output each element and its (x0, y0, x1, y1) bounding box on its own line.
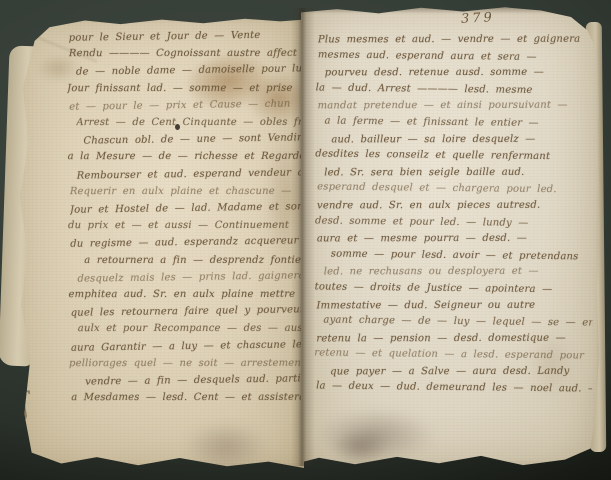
handwriting-line: a la ferme — et finissant le entier — (324, 113, 593, 133)
handwriting-line: aura Garantir — a luy — et chascune leur (71, 336, 305, 357)
handwriting-line: aud. bailleur — sa loire desquelz — (331, 131, 593, 148)
handwriting-line: de — noble dame — damoiselle pour luy et… (76, 61, 303, 82)
smudge (184, 422, 268, 472)
handwriting-line: et — pour le — prix et Cause — chun (69, 95, 303, 116)
handwriting-line: esperand desquel et — chargera pour led. (317, 180, 593, 200)
handwriting-line: Arrest — de Cent Cinquante — obles franc… (76, 114, 303, 131)
signature-flourish: ʃʃ (12, 388, 27, 424)
handwriting-line: pour le Sieur et Jour de — Vente (69, 26, 303, 47)
manuscript-page-left: pour le Sieur et Jour de — VenteRendu ——… (8, 16, 304, 468)
handwriting-line: desquelz mais les — prins lad. gaignera … (77, 267, 304, 288)
handwriting-line: Jour finissant lad. — somme — et prise (67, 80, 303, 97)
handwriting-line: Plus mesmes et aud. — vendre — et gaigne… (318, 32, 594, 49)
handwriting-line: vendre aud. Sr. en aulx pieces autresd. (317, 198, 593, 215)
handwriting-line: pourveu desd. retenue ausd. somme — (325, 65, 594, 82)
handwriting-line: Immestative — dud. Seigneur ou autre (317, 297, 593, 314)
handwriting-line: toutes — droits de Justice — apointera — (315, 279, 593, 299)
handwriting-line: aulx et pour Recompance — des — ausdits (78, 320, 305, 337)
handwriting-line: desd. somme et pour led. — lundy — (315, 213, 593, 233)
handwriting-line: Chascun obl. de — une — sont Vendimalle (83, 130, 303, 150)
handwriting-line: a la Mesure — de — richesse et Regardé — (68, 148, 304, 165)
handwriting-line: a Mesdames — lesd. Cent — et assistera (71, 389, 305, 406)
handwriting-line: vendre — a fin — desquels aud. parties (85, 370, 305, 390)
handwriting-line: mandat pretendue — et ainsi poursuivant … (318, 98, 594, 115)
handwriting-line: la — deux — dud. demeurand les — noel au… (316, 379, 592, 399)
smudge (315, 409, 435, 463)
handwriting-line: du regisme — aud. esperandz acquereur (70, 233, 304, 254)
page-number: 379 (461, 10, 496, 27)
handwriting-block-right: Plus mesmes et aud. — vendre — et gaigne… (316, 31, 594, 398)
handwriting-line: Requerir en aulx plaine et chascune — (70, 183, 304, 200)
handwriting-line: emphitea aud. Sr. en aulx plaine mettre (69, 286, 305, 303)
manuscript-scan: pour le Sieur et Jour de — VenteRendu ——… (0, 0, 611, 480)
handwriting-line: desdites les conseilz et quelle renferma… (315, 147, 593, 167)
handwriting-line: aura et — mesme pourra — desd. — (317, 231, 593, 248)
handwriting-line: pelliorages quel — ne soit — arrestement… (69, 355, 305, 372)
handwriting-line: led. ne rechusans ou desployera et — (324, 264, 593, 281)
handwriting-block-left: pour le Sieur et Jour de — VenteRendu ——… (69, 27, 306, 407)
manuscript-page-right: 379 Plus mesmes et aud. — vendre — et ga… (301, 5, 601, 467)
handwriting-line: Rembourser et aud. esperand vendeur aud. (77, 164, 304, 185)
handwriting-line: retenu — et quelation — a lesd. esperand… (314, 346, 592, 366)
handwriting-line: Jour et Hostel de — lad. Madame et somma… (70, 198, 304, 219)
handwriting-line: a retournera a fin — desprendz fontier (84, 251, 304, 268)
smudge (331, 429, 389, 465)
page-top-grime (301, 5, 601, 14)
handwriting-line: ayant charge — de — luy — lequel — se — … (323, 313, 592, 333)
